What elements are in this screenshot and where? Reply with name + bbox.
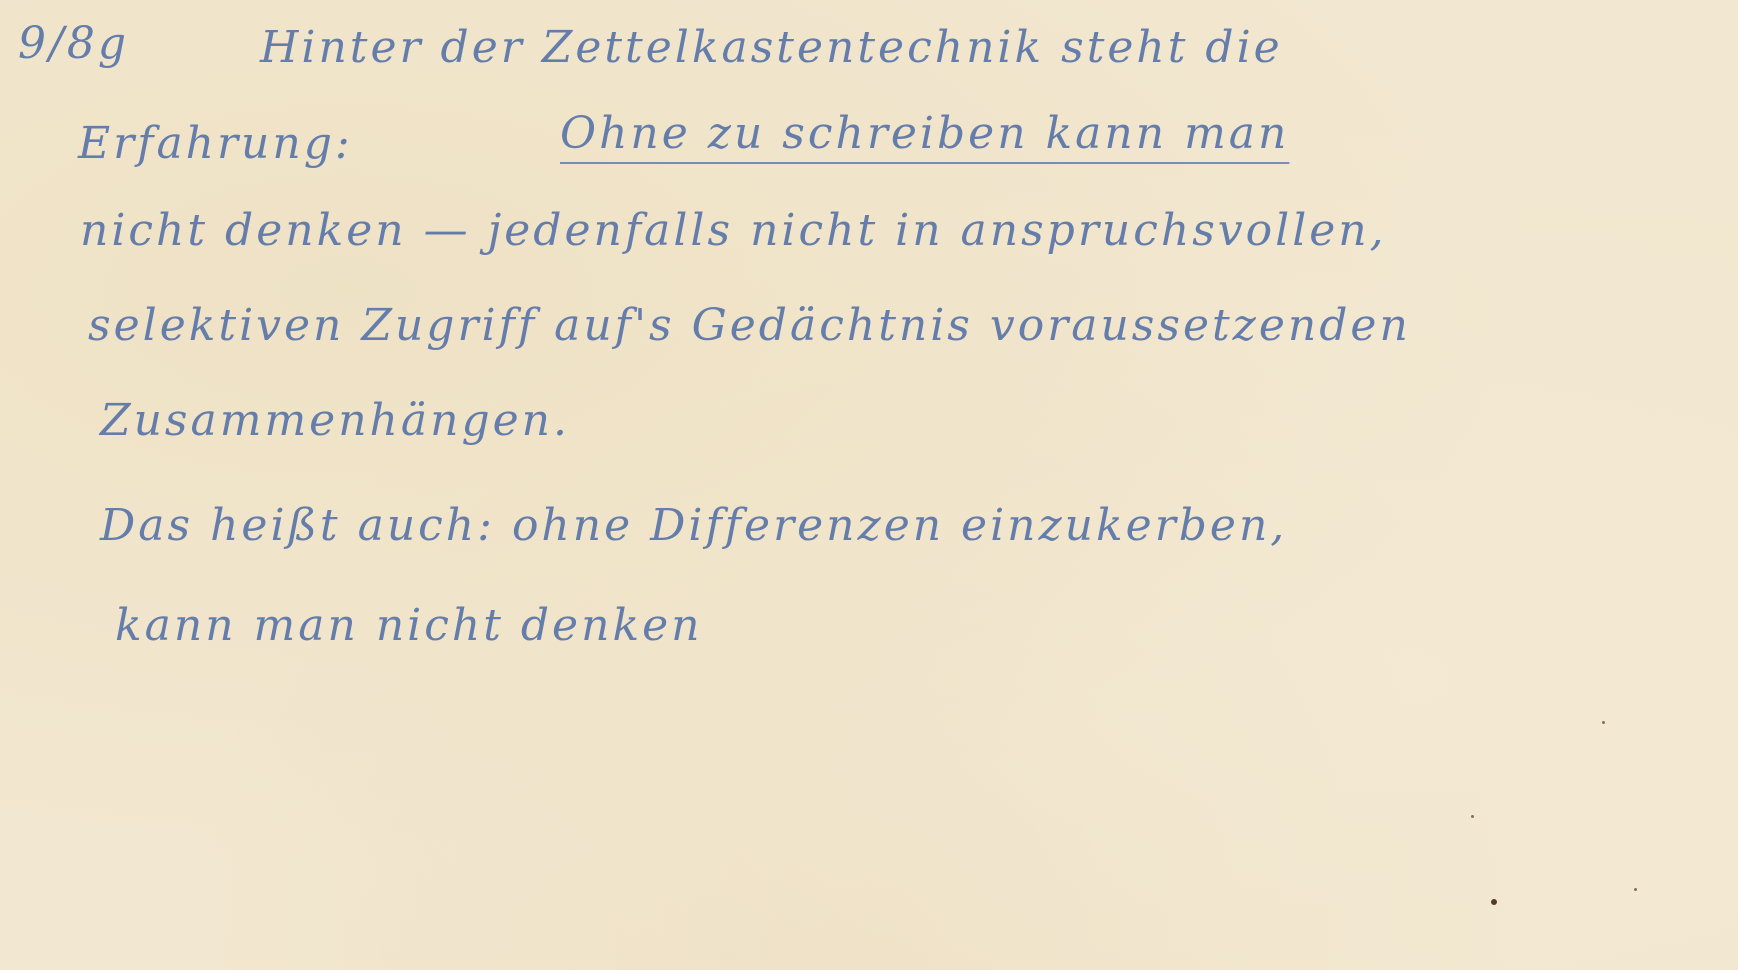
note-line-2: Ohne zu schreiben kann man [560,108,1289,159]
note-line-6: Das heißt auch: ohne Differenzen einzuke… [100,500,1287,551]
paper-speck [1471,815,1474,818]
paper-speck [1634,888,1637,891]
zettelkasten-note-card: 9/8g Hinter der Zettelkastentechnik steh… [0,0,1738,970]
note-line-5: Zusammenhängen. [100,395,570,446]
paper-speck [1491,899,1497,905]
note-line-3: nicht denken — jedenfalls nicht in anspr… [80,205,1387,256]
note-line-1: Hinter der Zettelkastentechnik steht die [260,22,1283,73]
note-line-4: selektiven Zugriff auf's Gedächtnis vora… [88,300,1411,351]
paper-speck [1602,721,1605,724]
note-line-7: kann man nicht denken [115,600,702,651]
card-number: 9/8g [18,18,129,69]
note-line-2-prefix: Erfahrung: [78,118,353,169]
